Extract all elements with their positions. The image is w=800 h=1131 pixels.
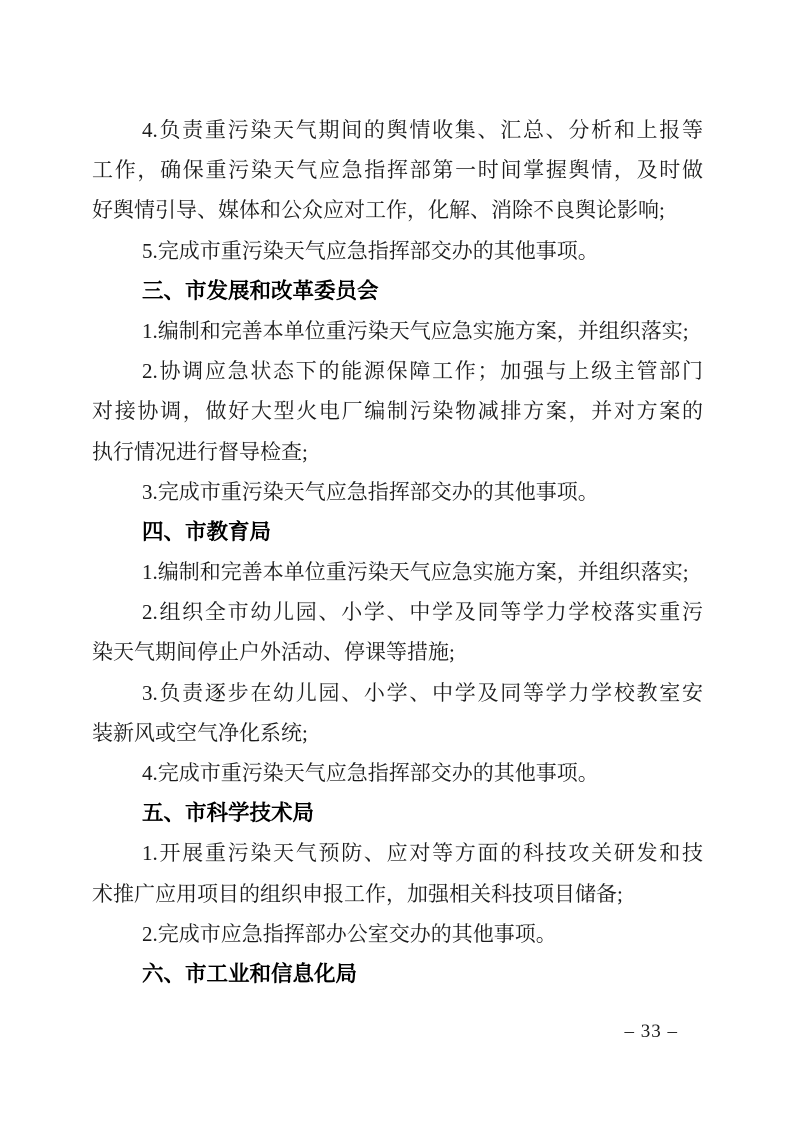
paragraph-line: 术推广应用项目的组织申报工作，加强相关科技项目储备;: [92, 874, 703, 914]
section-heading: 四、市教育局: [92, 512, 703, 552]
paragraph-line: 2.完成市应急指挥部办公室交办的其他事项。: [92, 914, 703, 954]
paragraph-line: 2.组织全市幼儿园、小学、中学及同等学力学校落实重污: [92, 592, 703, 632]
document-body: 4.负责重污染天气期间的舆情收集、汇总、分析和上报等 工作，确保重污染天气应急指…: [92, 110, 703, 994]
paragraph-line: 工作，确保重污染天气应急指挥部第一时间掌握舆情，及时做: [92, 150, 703, 190]
section-heading: 五、市科学技术局: [92, 793, 703, 833]
section-heading: 六、市工业和信息化局: [92, 954, 703, 994]
paragraph-line: 1.开展重污染天气预防、应对等方面的科技攻关研发和技: [92, 833, 703, 873]
paragraph-line: 4.负责重污染天气期间的舆情收集、汇总、分析和上报等: [92, 110, 703, 150]
paragraph-line: 染天气期间停止户外活动、停课等措施;: [92, 632, 703, 672]
paragraph-line: 装新风或空气净化系统;: [92, 713, 703, 753]
page-number: – 33 –: [625, 1018, 679, 1046]
paragraph-line: 3.完成市重污染天气应急指挥部交办的其他事项。: [92, 472, 703, 512]
paragraph-line: 好舆情引导、媒体和公众应对工作，化解、消除不良舆论影响;: [92, 190, 703, 230]
paragraph-line: 5.完成市重污染天气应急指挥部交办的其他事项。: [92, 231, 703, 271]
paragraph-line: 2.协调应急状态下的能源保障工作；加强与上级主管部门: [92, 351, 703, 391]
paragraph-line: 对接协调，做好大型火电厂编制污染物减排方案，并对方案的: [92, 391, 703, 431]
paragraph-line: 1.编制和完善本单位重污染天气应急实施方案，并组织落实;: [92, 552, 703, 592]
paragraph-line: 3.负责逐步在幼儿园、小学、中学及同等学力学校教室安: [92, 673, 703, 713]
paragraph-line: 执行情况进行督导检查;: [92, 432, 703, 472]
paragraph-line: 4.完成市重污染天气应急指挥部交办的其他事项。: [92, 753, 703, 793]
paragraph-line: 1.编制和完善本单位重污染天气应急实施方案，并组织落实;: [92, 311, 703, 351]
document-page: 4.负责重污染天气期间的舆情收集、汇总、分析和上报等 工作，确保重污染天气应急指…: [0, 0, 800, 1131]
section-heading: 三、市发展和改革委员会: [92, 271, 703, 311]
